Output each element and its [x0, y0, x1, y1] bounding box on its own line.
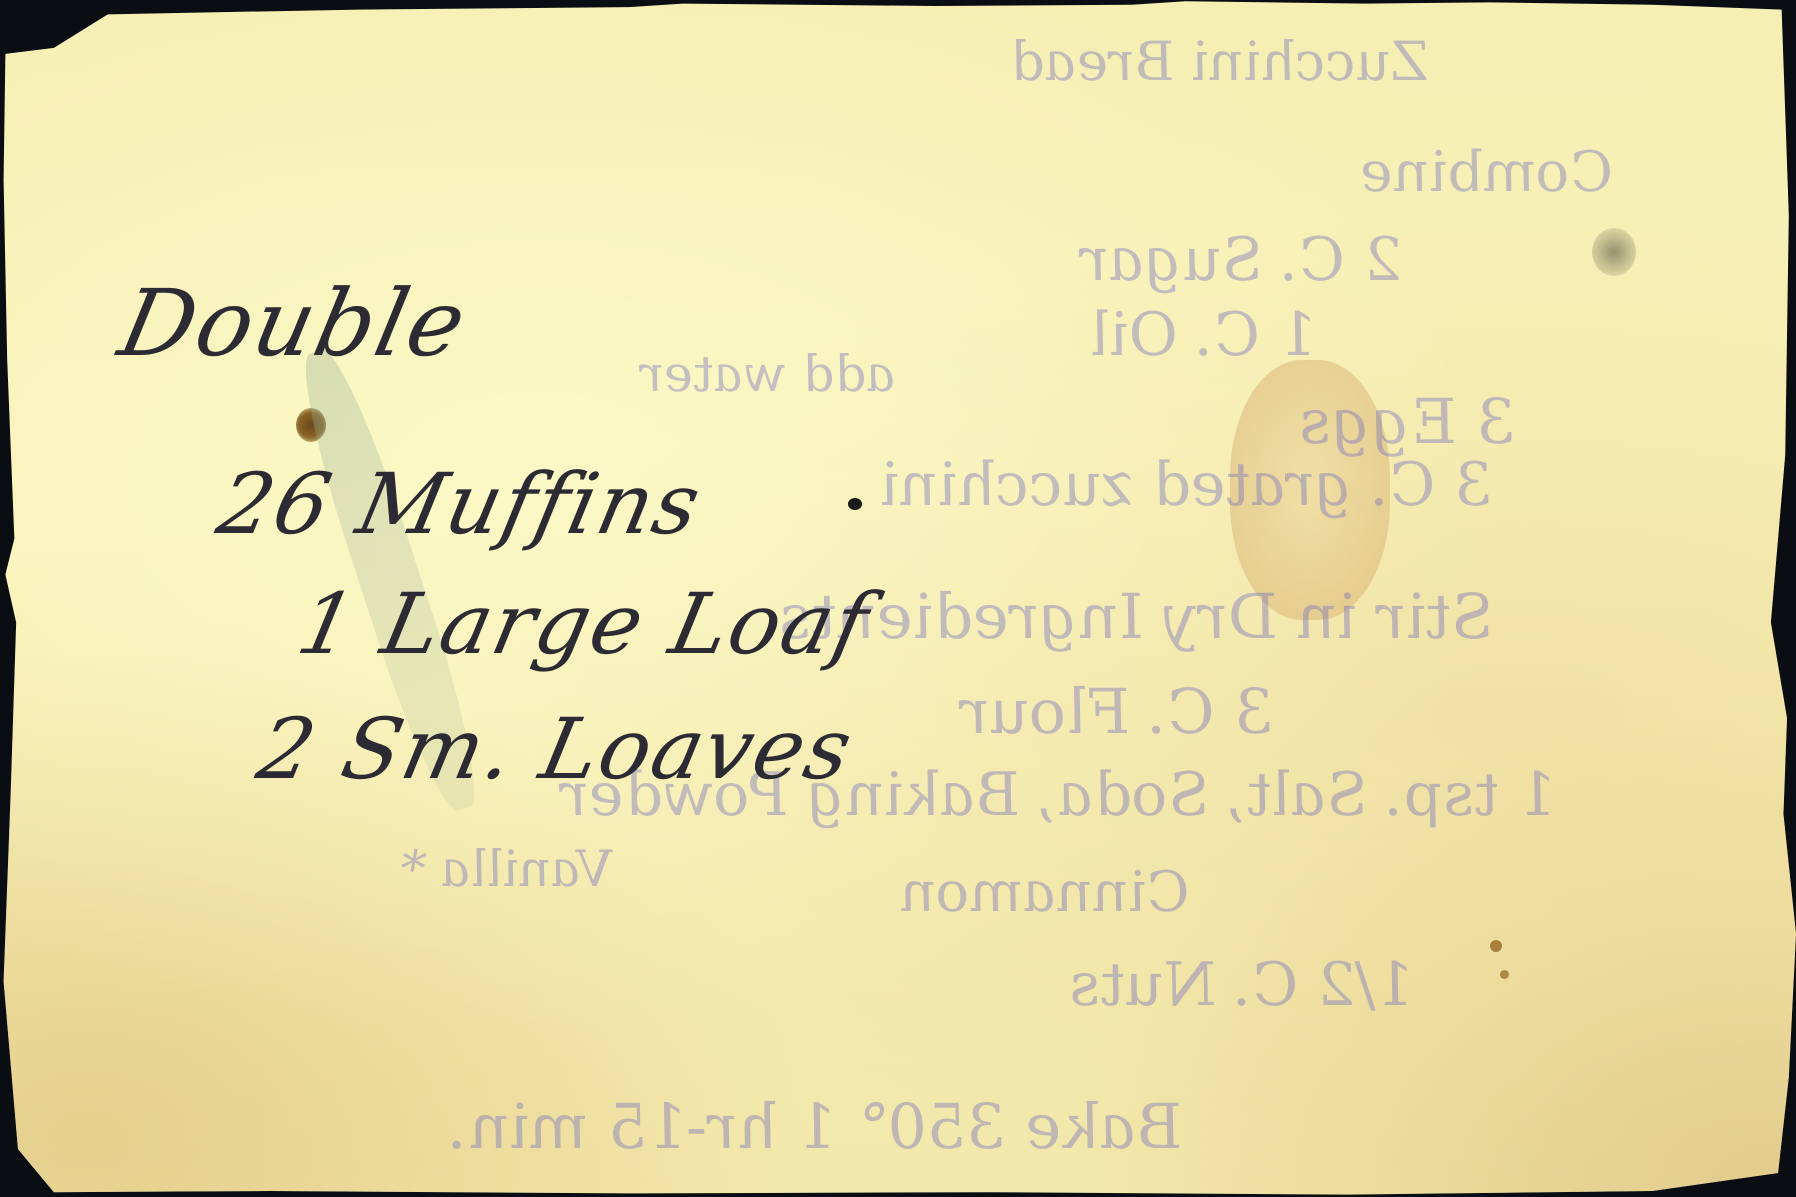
yield-line-small-loaves: 2 Sm. Loaves — [250, 700, 862, 798]
yield-item: Muffins — [349, 455, 710, 553]
grey-smudge — [1592, 228, 1636, 276]
bleed-through-line: Zucchini Bread — [1004, 30, 1433, 93]
yield-item: Sm. Loaves — [334, 700, 862, 798]
bleed-through-line: 3 C. Flour — [954, 675, 1280, 748]
bleed-through-line: 1/2 C. Nuts — [1064, 950, 1420, 1020]
small-brown-dots — [1490, 940, 1502, 952]
black-ink-blot — [848, 498, 862, 510]
bleed-through-line: 3 Eggs — [1294, 385, 1522, 458]
bleed-through-line: Cinnamon — [894, 860, 1195, 925]
yield-quantity: 2 — [250, 700, 326, 798]
bleed-through-line: 2 C. Sugar — [1074, 225, 1408, 295]
yield-quantity: 26 — [210, 455, 342, 553]
yield-quantity: 1 — [290, 575, 366, 673]
bleed-through-line: 1 C. Oil — [1084, 300, 1323, 370]
yield-line-muffins: 26 Muffins — [210, 455, 711, 553]
bleed-through-line: Bake 350° 1 hr-15 min. — [444, 1090, 1189, 1163]
small-brown-dot — [1500, 970, 1509, 979]
bleed-through-line: Combine — [1354, 140, 1618, 205]
yield-line-large-loaf: 1 Large Loaf — [290, 575, 879, 673]
recipe-title: Double — [111, 270, 477, 377]
recipe-card: Zucchini BreadCombine2 C. Sugar1 C. Oil3… — [0, 0, 1796, 1197]
bleed-through-line: Vanilla * — [395, 840, 617, 898]
bleed-through-line: add water — [635, 345, 901, 403]
brown-ink-spot — [296, 408, 326, 442]
bleed-through-line: Stir in Dry Ingredients — [774, 580, 1500, 653]
bleed-through-line: 3 C. grated zucchini — [874, 450, 1499, 520]
yield-item: Large Loaf — [374, 575, 879, 673]
